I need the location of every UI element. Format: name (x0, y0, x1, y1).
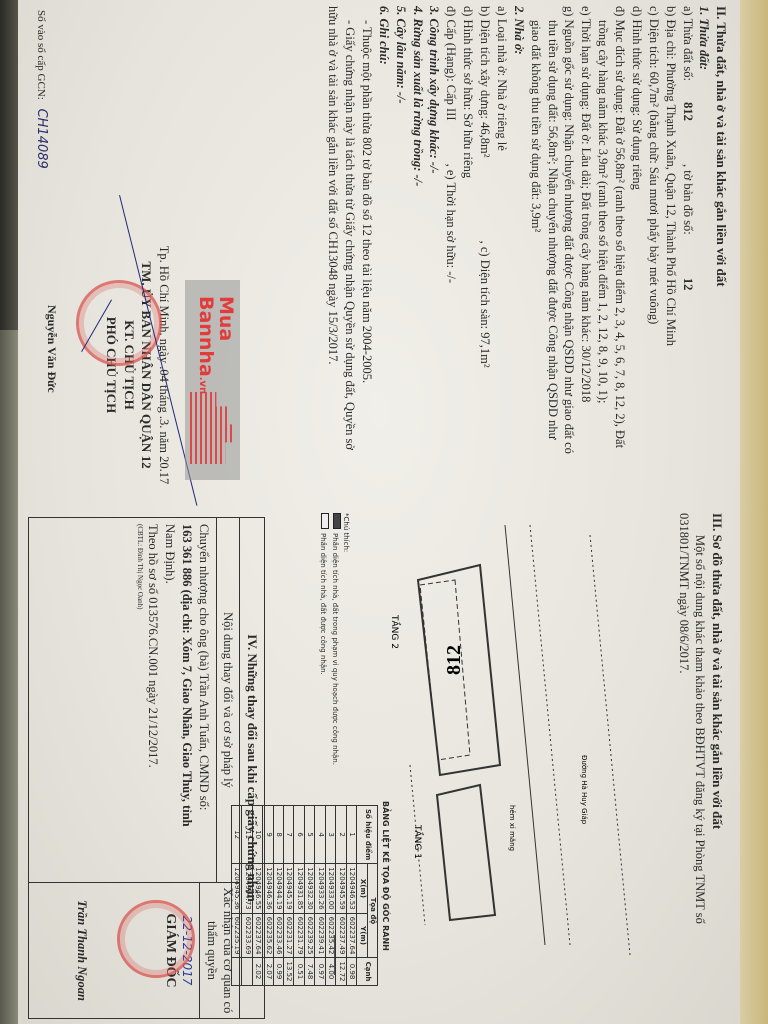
legend-dark-swatch (333, 513, 341, 529)
watermark-suffix: .vn (197, 377, 208, 394)
table-cell: 1204945.19 (284, 864, 294, 913)
table-cell: 4 (315, 806, 325, 864)
section-2-title: II. Thửa đất, nhà ở và tài sản khác gắn … (712, 6, 730, 505)
col-header-x: X(m) (357, 864, 367, 913)
table-cell: 1204944.19 (273, 864, 283, 913)
table-row: 11204946.53602237.640.98 (346, 806, 356, 986)
change-entry-line-2: 163 361 886 (địa chỉ: Xóm 7, Giao Nhân, … (178, 524, 195, 876)
watermark-text: Mua Bannha.vn (192, 296, 236, 394)
table-cell: 602237.49 (336, 913, 346, 958)
office-seal-stamp (117, 900, 195, 978)
map-number: 12 (681, 278, 695, 291)
table-cell: 1204931.85 (294, 864, 304, 913)
road-label: Đường Hà Huy Giáp (580, 755, 588, 825)
serial-label: Số vào sổ cấp GCN: (35, 10, 47, 100)
reference-line-1: Một số nội dung khác tham khảo theo BĐHT… (692, 505, 709, 1024)
table-cell: 1204945.59 (336, 864, 346, 913)
table-cell: 6 (294, 806, 304, 864)
purpose-line-1: đ) Mục đích sử dụng: Đất ở 56,8m² (ranh … (611, 6, 628, 505)
col-header-point: Số hiệu điểm (357, 806, 378, 864)
parcel-label: a) Thửa đất số: (681, 6, 695, 81)
legend-text-1: Phần diện tích nhà, đất trong phạm vi qu… (331, 533, 339, 765)
changes-content-column: Nội dung thay đổi và cơ sở pháp lý Chuyể… (28, 518, 239, 883)
origin-line-2: thu tiền sử dụng đất: 56,8m²; Nhận chuyể… (544, 6, 561, 505)
note-line-3: hữu nhà ở và tài sản khác gắn liền với đ… (324, 6, 341, 505)
house-heading: 2. Nhà ở: (510, 6, 527, 505)
table-cell: 602231.27 (284, 913, 294, 958)
house-area-row: b) Diện tích xây dựng: 46,8m² , c) Diện … (476, 6, 493, 505)
planted-forest: 4. Rừng sản xuất là rừng trồng: -/- (409, 6, 426, 505)
table-cell: 5 (304, 806, 314, 864)
changes-content-header: Nội dung thay đổi và cơ sở pháp lý (216, 518, 240, 882)
confirmation-header: Xác nhận của cơ quan có thẩm quyền (199, 883, 240, 1018)
note-line-1: - Thuộc một phần thửa 802 tờ bản đồ số 1… (358, 6, 375, 505)
parcel-row: a) Thửa đất số: 812 , tờ bản đồ số: 12 (679, 6, 696, 505)
serial-number: Số vào sổ cấp GCN: CH14089 (32, 10, 50, 169)
serial-value: CH14089 (34, 109, 49, 169)
change-entry-line-1: Chuyển nhượng cho ông (bà) Trần Anh Tuấn… (195, 524, 212, 876)
signer-name: Nguyễn Văn Đức (44, 305, 60, 393)
table-cell: 7 (284, 806, 294, 864)
table-row: 81204944.19602233.460.99 (273, 806, 283, 986)
background-edge (0, 330, 18, 1024)
table-row: 61204931.85602231.790.51 (294, 806, 304, 986)
change-entry-note: (CBTL: Đinh Thị Ngọc Oanh) (135, 524, 144, 876)
table-cell: 602233.46 (273, 913, 283, 958)
table-cell: 0.97 (315, 958, 325, 985)
table-cell: 1 (346, 806, 356, 864)
section-4-title: IV. Những thay đổi sau khi cấp giấy chứn… (239, 518, 264, 1018)
map-legend: *Chú thích: Phần diện tích nhà, đất tron… (318, 513, 350, 765)
reference-line-2: 031801/TNMT ngày 08/6/2017. (675, 505, 692, 1024)
watermark-line-1: Mua (216, 296, 236, 394)
usage-term: e) Thời hạn sử dụng: Đất ở: Lâu dài; Đất… (577, 6, 594, 505)
floor-1-label: TẦNG 1 (412, 824, 425, 859)
background-dark-edge (0, 0, 18, 330)
background-wood-edge (738, 0, 768, 1024)
director-name: Trần Thanh Ngoan (73, 889, 90, 1012)
legend-text-2: Phần diện tích nhà, đất được công nhận. (319, 533, 327, 675)
table-cell: 13.52 (284, 958, 294, 985)
table-cell: 602239.41 (315, 913, 325, 958)
table-cell: 0.99 (273, 958, 283, 985)
table-cell: 602237.64 (346, 913, 356, 958)
origin-line-1: g) Nguồn gốc sử dụng: Nhận chuyển nhượng… (561, 6, 578, 505)
col-header-edge: Cạnh (357, 958, 378, 985)
coordinate-table-title: BẢNG LIỆT KÊ TỌA ĐỘ GÓC RANH (379, 801, 390, 951)
address: b) Địa chỉ: Phường Thạnh Xuân, Quận 12, … (662, 6, 679, 505)
floor-2-label: TẦNG 2 (389, 614, 402, 649)
change-entry-line-3: Nam Định). (161, 524, 178, 876)
purpose-line-2: trồng cây hàng năm khác 3,9m² (ranh theo… (594, 6, 611, 505)
table-cell: 8 (273, 806, 283, 864)
table-cell: 3 (325, 806, 335, 864)
legend-item-1: Phần diện tích nhà, đất trong phạm vi qu… (329, 513, 340, 765)
table-cell: 2 (336, 806, 346, 864)
alley-label: hẻm xi măng (508, 805, 516, 851)
legend-light-swatch (321, 513, 329, 529)
table-cell: 12.72 (336, 958, 346, 985)
usage-form: d) Hình thức sử dụng: Sử dụng riêng (628, 6, 645, 505)
land-heading: 1. Thửa đất: (696, 6, 713, 505)
table-row: 41204933.26602239.410.97 (315, 806, 325, 986)
area: c) Diện tích: 60,7m² (bằng chữ: Sáu mươi… (645, 6, 662, 505)
section-2: II. Thửa đất, nhà ở và tài sản khác gắn … (18, 0, 740, 505)
table-cell: 602231.79 (294, 913, 304, 958)
table-cell: 1204946.53 (346, 864, 356, 913)
table-row: 51204932.30602239.257.48 (304, 806, 314, 986)
table-cell: 1204932.30 (304, 864, 314, 913)
note-line-2: - Giấy chứng nhận này là tách thửa từ Gi… (341, 6, 358, 505)
table-cell: 4.00 (325, 958, 335, 985)
table-cell: 0.98 (346, 958, 356, 985)
parcel-number: 812 (681, 102, 695, 121)
other-works: 3. Công trình xây dựng khác: -/- (426, 6, 443, 505)
table-cell: 7.48 (304, 958, 314, 985)
table-cell: 1204933.00 (325, 864, 335, 913)
table-cell: 602235.42 (325, 913, 335, 958)
watermark-line-2: Bannha (195, 296, 217, 377)
map-label: , tờ bản đồ số: (681, 164, 695, 235)
place-date: Tp. Hồ Chí Minh, ngày .04 tháng .3. năm … (155, 225, 172, 505)
house-grade-row: đ) Cấp (Hạng): Cấp III , e) Thời hạn sở … (442, 6, 459, 505)
floor-area: , c) Diện tích sàn: 97,1m² (478, 241, 492, 368)
col-header-coords: Tọa độ (367, 864, 377, 958)
notes-heading: 6. Ghi chú: (375, 6, 392, 505)
watermark-logo: Mua Bannha.vn (185, 280, 240, 480)
legend-item-2: Phần diện tích nhà, đất được công nhận. (318, 513, 329, 765)
legend-title: *Chú thích: (341, 513, 350, 765)
table-row: 21204945.59602237.4912.72 (336, 806, 346, 986)
change-entry-line-4: Theo hồ sơ số 013576.CN.001 ngày 21/12/2… (144, 524, 161, 876)
red-seal-stamp (76, 280, 162, 366)
table-row: 31204933.00602235.424.00 (325, 806, 335, 986)
table-cell: 1204933.26 (315, 864, 325, 913)
built-area: b) Diện tích xây dựng: 46,8m² (478, 6, 492, 157)
table-row: 71204945.19602231.2713.52 (284, 806, 294, 986)
table-cell: 602239.25 (304, 913, 314, 958)
house-type: a) Loại nhà ở: Nhà ở riêng lẻ (493, 6, 510, 505)
section-3-title: III. Sơ đồ thửa đất, nhà ở và tài sản kh… (708, 505, 726, 1024)
house-grade: đ) Cấp (Hạng): Cấp III (444, 6, 458, 121)
origin-line-3: giao đất không thu tiền sử dụng đất: 3,9… (527, 6, 544, 505)
col-header-y: Y(m) (357, 913, 367, 958)
building-logo-icon (190, 392, 234, 464)
perennial-trees: 5. Cây lâu năm: -/- (392, 6, 409, 505)
table-cell: 0.51 (294, 958, 304, 985)
section-3-4: III. Sơ đồ thửa đất, nhà ở và tài sản kh… (18, 505, 740, 1024)
committee-name: TM. ỦY BAN NHÂN DÂN QUẬN 12 (138, 225, 156, 505)
ownership-term: , e) Thời hạn sở hữu: -/- (444, 164, 458, 283)
house-ownership: d) Hình thức sở hữu: Sở hữu riêng (459, 6, 476, 505)
map-parcel-number: 812 (443, 645, 465, 675)
land-certificate-page: II. Thửa đất, nhà ở và tài sản khác gắn … (18, 0, 740, 1024)
